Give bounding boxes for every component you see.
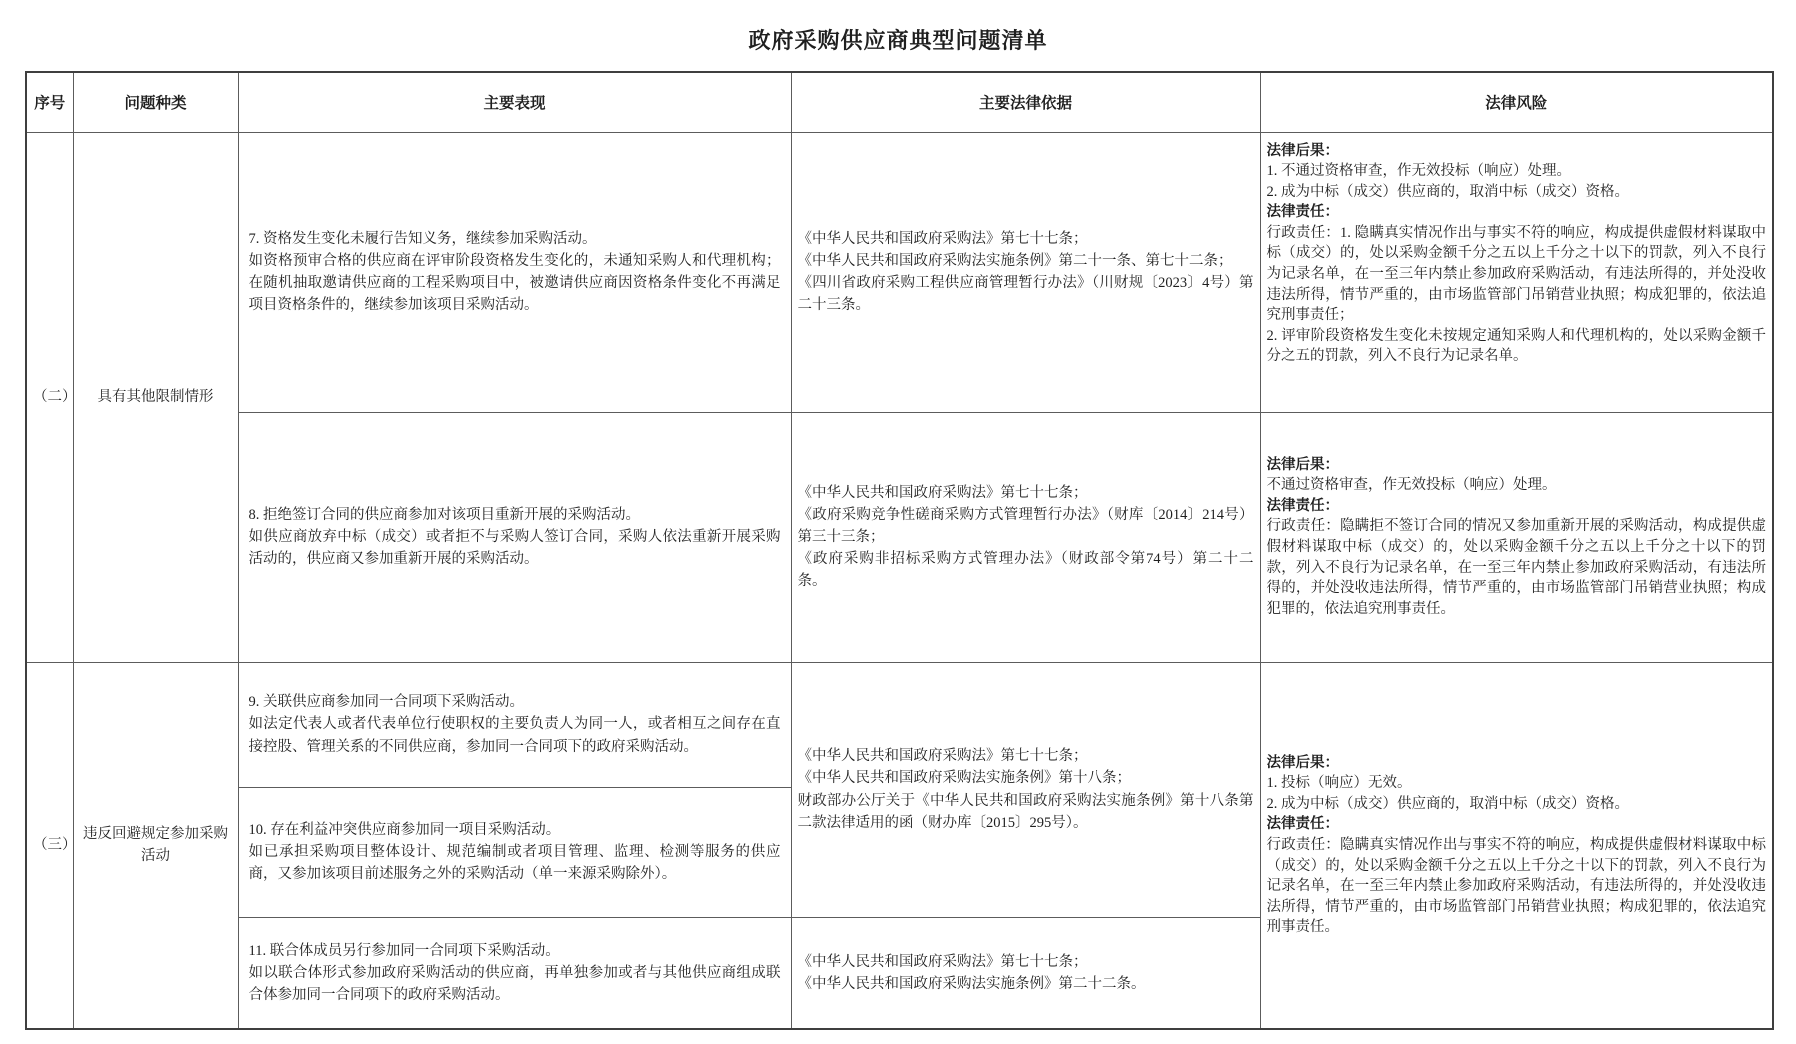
risk-text-line: 不通过资格审查，作无效投标（响应）处理。: [1267, 475, 1767, 496]
item9-10-basis-cell: 《中华人民共和国政府采购法》第七十七条；《中华人民共和国政府采购法实施条例》第十…: [791, 662, 1260, 917]
item7-main-cell: 7. 资格发生变化未履行告知义务，继续参加采购活动。如资格预审合格的供应商在评审…: [238, 132, 791, 412]
text-paragraph: 7. 资格发生变化未履行告知义务，继续参加采购活动。: [249, 228, 781, 250]
text-paragraph: 《中华人民共和国政府采购法实施条例》第二十一条、第七十二条；: [798, 250, 1254, 272]
section2-problem-type-cell: 具有其他限制情形: [73, 132, 238, 662]
text-paragraph: 《中华人民共和国政府采购法实施条例》第二十二条。: [798, 973, 1254, 995]
text-paragraph: 如资格预审合格的供应商在评审阶段资格发生变化的，未通知采购人和代理机构；在随机抽…: [249, 250, 781, 316]
text-paragraph: 如供应商放弃中标（成交）或者拒不与采购人签订合同，采购人依法重新开展采购活动的，…: [249, 526, 781, 570]
risk-text-line: 2. 评审阶段资格发生变化未按规定通知采购人和代理机构的，处以采购金额千分之五的…: [1267, 326, 1767, 367]
problems-table: 序号 问题种类 主要表现 主要法律依据 法律风险 （二） 具有其他限制情形 7.…: [25, 71, 1774, 1030]
text-paragraph: 《中华人民共和国政府采购法》第七十七条；: [798, 745, 1254, 767]
risk-label-line: 法律后果：: [1267, 753, 1767, 774]
text-paragraph: 10. 存在利益冲突供应商参加同一项目采购活动。: [249, 819, 781, 841]
risk-text-line: 1. 投标（响应）无效。: [1267, 773, 1767, 794]
column-header-seq: 序号: [26, 72, 73, 132]
item10-main-cell: 10. 存在利益冲突供应商参加同一项目采购活动。如已承担采购项目整体设计、规范编…: [238, 787, 791, 917]
document-page: 政府采购供应商典型问题清单 序号 问题种类 主要表现 主要法律依据 法律风险 （…: [0, 0, 1796, 1030]
item11-basis-cell: 《中华人民共和国政府采购法》第七十七条；《中华人民共和国政府采购法实施条例》第二…: [791, 917, 1260, 1029]
text-paragraph: 《四川省政府采购工程供应商管理暂行办法》（川财规〔2023〕4号）第二十三条。: [798, 272, 1254, 316]
table-row-item7: （二） 具有其他限制情形 7. 资格发生变化未履行告知义务，继续参加采购活动。如…: [26, 132, 1773, 412]
item8-basis-cell: 《中华人民共和国政府采购法》第七十七条；《政府采购竞争性磋商采购方式管理暂行办法…: [791, 412, 1260, 662]
text-paragraph: 9. 关联供应商参加同一合同项下采购活动。: [249, 691, 781, 713]
section3-risk-cell: 法律后果：1. 投标（响应）无效。2. 成为中标（成交）供应商的，取消中标（成交…: [1260, 662, 1773, 1029]
text-paragraph: 《中华人民共和国政府采购法》第七十七条；: [798, 951, 1254, 973]
text-paragraph: 《中华人民共和国政府采购法实施条例》第十八条；: [798, 767, 1254, 789]
risk-label-line: 法律后果：: [1267, 455, 1767, 476]
item8-risk-cell: 法律后果：不通过资格审查，作无效投标（响应）处理。法律责任：行政责任：隐瞒拒不签…: [1260, 412, 1773, 662]
column-header-legal-basis: 主要法律依据: [791, 72, 1260, 132]
column-header-legal-risk: 法律风险: [1260, 72, 1773, 132]
risk-label-line: 法律责任：: [1267, 496, 1767, 517]
text-paragraph: 如已承担采购项目整体设计、规范编制或者项目管理、监理、检测等服务的供应商，又参加…: [249, 841, 781, 885]
text-paragraph: 11. 联合体成员另行参加同一合同项下采购活动。: [249, 940, 781, 962]
text-paragraph: 《政府采购非招标采购方式管理办法》（财政部令第74号）第二十二条。: [798, 548, 1254, 592]
text-paragraph: 财政部办公厅关于《中华人民共和国政府采购法实施条例》第十八条第二款法律适用的函（…: [798, 790, 1254, 834]
page-title: 政府采购供应商典型问题清单: [0, 0, 1796, 71]
text-paragraph: 如以联合体形式参加政府采购活动的供应商，再单独参加或者与其他供应商组成联合体参加…: [249, 962, 781, 1006]
item7-risk-cell: 法律后果：1. 不通过资格审查，作无效投标（响应）处理。2. 成为中标（成交）供…: [1260, 132, 1773, 412]
item8-main-cell: 8. 拒绝签订合同的供应商参加对该项目重新开展的采购活动。如供应商放弃中标（成交…: [238, 412, 791, 662]
risk-text-line: 行政责任：隐瞒拒不签订合同的情况又参加重新开展的采购活动，构成提供虚假材料谋取中…: [1267, 516, 1767, 619]
risk-label-line: 法律后果：: [1267, 141, 1767, 162]
risk-text-line: 2. 成为中标（成交）供应商的，取消中标（成交）资格。: [1267, 794, 1767, 815]
text-paragraph: 《政府采购竞争性磋商采购方式管理暂行办法》（财库〔2014〕214号）第三十三条…: [798, 504, 1254, 548]
text-paragraph: 8. 拒绝签订合同的供应商参加对该项目重新开展的采购活动。: [249, 504, 781, 526]
column-header-main-manifestation: 主要表现: [238, 72, 791, 132]
header-row: 序号 问题种类 主要表现 主要法律依据 法律风险: [26, 72, 1773, 132]
risk-text-line: 行政责任：1. 隐瞒真实情况作出与事实不符的响应，构成提供虚假材料谋取中标（成交…: [1267, 223, 1767, 326]
risk-label-line: 法律责任：: [1267, 202, 1767, 223]
text-paragraph: 《中华人民共和国政府采购法》第七十七条；: [798, 482, 1254, 504]
table-row-item8: 8. 拒绝签订合同的供应商参加对该项目重新开展的采购活动。如供应商放弃中标（成交…: [26, 412, 1773, 662]
item9-main-cell: 9. 关联供应商参加同一合同项下采购活动。如法定代表人或者代表单位行使职权的主要…: [238, 662, 791, 787]
text-paragraph: 《中华人民共和国政府采购法》第七十七条；: [798, 228, 1254, 250]
item7-basis-cell: 《中华人民共和国政府采购法》第七十七条；《中华人民共和国政府采购法实施条例》第二…: [791, 132, 1260, 412]
section2-seq-cell: （二）: [26, 132, 73, 662]
table-row-item9: （三） 违反回避规定参加采购活动 9. 关联供应商参加同一合同项下采购活动。如法…: [26, 662, 1773, 787]
section3-problem-type-cell: 违反回避规定参加采购活动: [73, 662, 238, 1029]
column-header-problem-type: 问题种类: [73, 72, 238, 132]
risk-text-line: 行政责任：隐瞒真实情况作出与事实不符的响应，构成提供虚假材料谋取中标（成交）的，…: [1267, 835, 1767, 938]
item11-main-cell: 11. 联合体成员另行参加同一合同项下采购活动。如以联合体形式参加政府采购活动的…: [238, 917, 791, 1029]
text-paragraph: 如法定代表人或者代表单位行使职权的主要负责人为同一人，或者相互之间存在直接控股、…: [249, 713, 781, 757]
risk-label-line: 法律责任：: [1267, 814, 1767, 835]
risk-text-line: 2. 成为中标（成交）供应商的，取消中标（成交）资格。: [1267, 182, 1767, 203]
risk-text-line: 1. 不通过资格审查，作无效投标（响应）处理。: [1267, 161, 1767, 182]
section3-seq-cell: （三）: [26, 662, 73, 1029]
